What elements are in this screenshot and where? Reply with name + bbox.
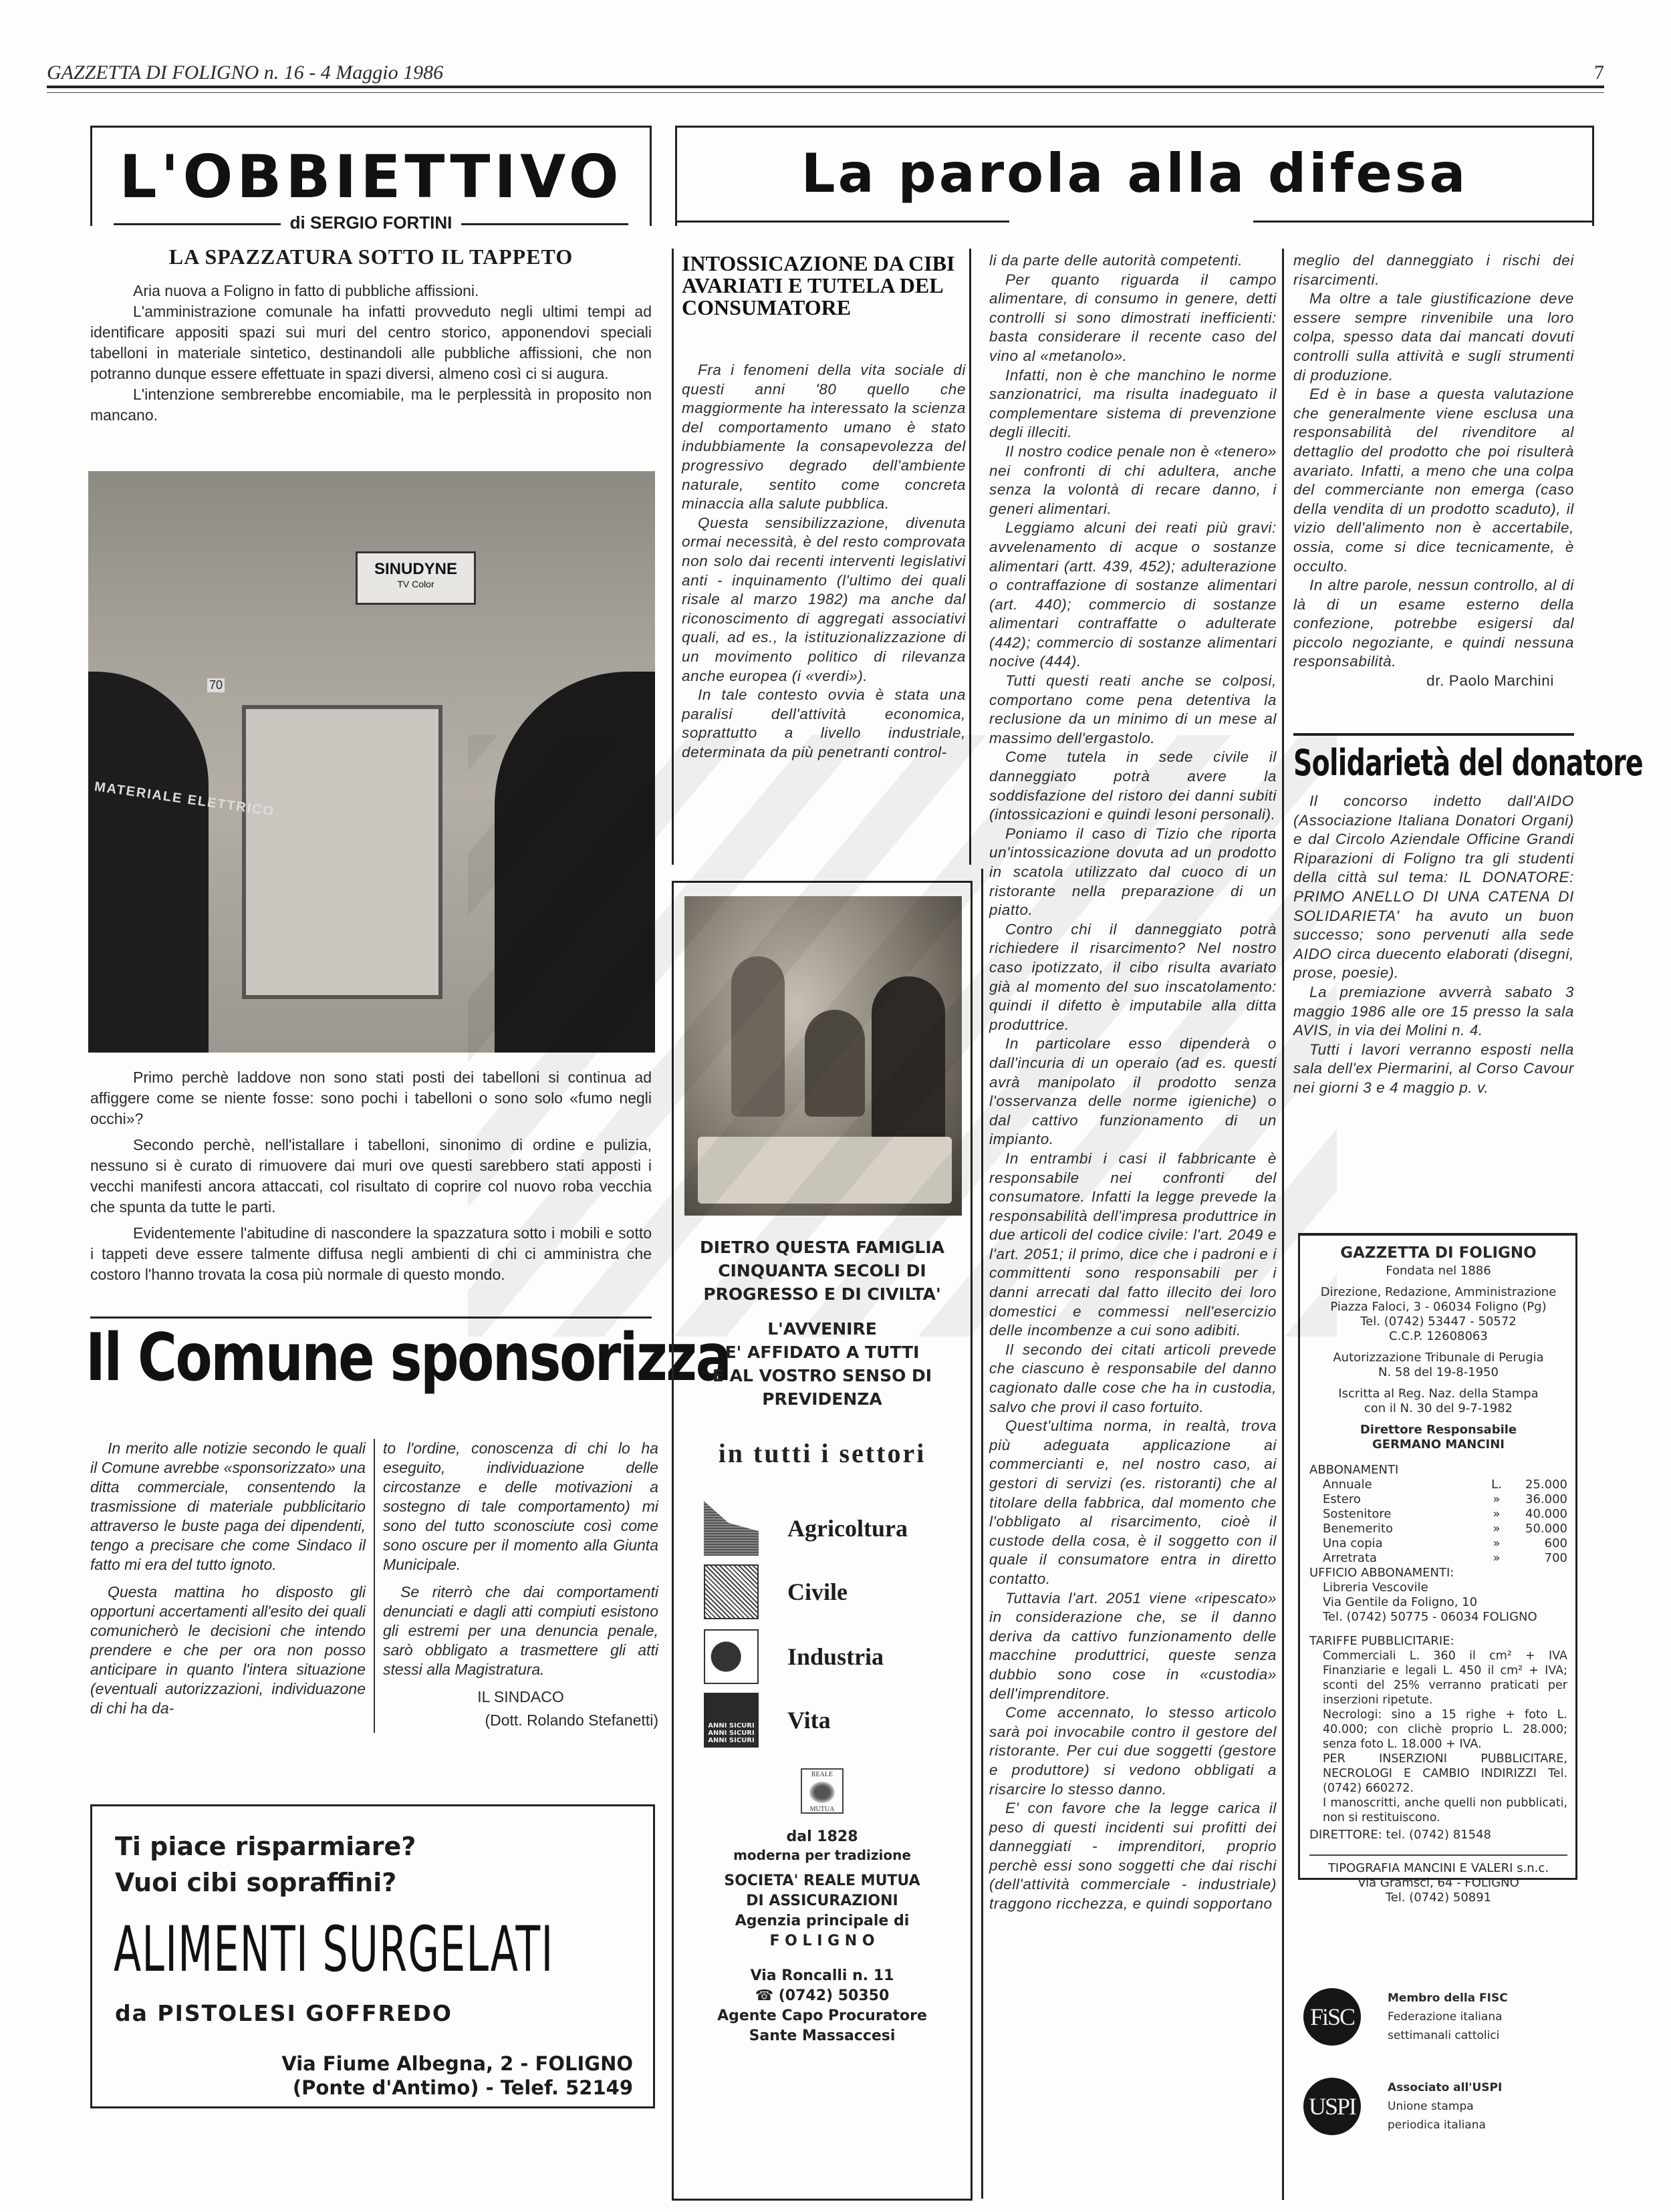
paragraph: La premiazione avverrà sabato 3 maggio 1…	[1293, 983, 1574, 1041]
column-title: L'OBBIETTIVO	[92, 142, 650, 211]
solidarieta-body: Il concorso indetto dall'AIDO (Associazi…	[1293, 792, 1574, 1098]
author: dr. Paolo Marchini	[1293, 672, 1574, 691]
association-desc: periodica italiana	[1388, 2116, 1502, 2134]
box-border-right	[969, 249, 971, 865]
ad-question-2: Vuoi cibi sopraffini?	[115, 1868, 396, 1897]
association-desc: Unione stampa	[1388, 2097, 1502, 2116]
gear-icon	[704, 1629, 759, 1684]
subscription-row: Una copia»600	[1309, 1536, 1567, 1551]
authorization: Autorizzazione Tribunale di Perugia	[1309, 1351, 1567, 1365]
paragraph: In altre parole, nessun controllo, al di…	[1293, 576, 1574, 672]
figure	[731, 956, 785, 1117]
signature-name: (Dott. Rolando Stefanetti)	[383, 1711, 658, 1730]
comune-col-right: to l'ordine, conoscenza di chi lo ha ese…	[383, 1439, 658, 1733]
family-painting	[684, 896, 962, 1216]
comune-article: In merito alle notizie secondo le quali …	[90, 1439, 658, 1733]
paragraph: Come tutela in sede civile il danneggiat…	[989, 748, 1277, 824]
column-divider	[374, 1439, 375, 1733]
fisc-logo-icon: FiSC	[1303, 1988, 1361, 2046]
section-title: La parola alla difesa	[677, 142, 1592, 204]
arch-left	[88, 672, 209, 1053]
telephone: Tel. (0742) 53447 - 50572	[1309, 1315, 1567, 1329]
section-rule	[1293, 733, 1574, 736]
slogan-line: E' AFFIDATO A TUTTI	[674, 1341, 971, 1364]
rates-text: I manoscritti, anche quelli non pubblica…	[1309, 1796, 1567, 1825]
rates-text: PER INSERZIONI PUBBLICITARE, NECROLOGI E…	[1309, 1752, 1567, 1796]
paragraph: li da parte delle autorità competenti.	[989, 251, 1277, 271]
subscriptions-title: ABBONAMENTI	[1309, 1463, 1567, 1478]
paragraph: Primo perchè laddove non sono stati post…	[90, 1067, 652, 1129]
paragraph: Ma oltre a tale giustificazione deve ess…	[1293, 289, 1574, 385]
agency-phone: ☎ (0742) 50350	[674, 1985, 971, 2006]
ad-address-2: (Ponte d'Antimo) - Telef. 52149	[293, 2076, 633, 2099]
header-rule	[47, 92, 1604, 93]
difesa-col-3: meglio del danneggiato i rischi dei risa…	[1293, 251, 1574, 691]
telephone-icon: ☎	[755, 1987, 779, 2004]
office-line: Libreria Vescovile	[1309, 1580, 1567, 1595]
ccp: C.C.P. 12608063	[1309, 1329, 1567, 1344]
byline-rule	[114, 223, 281, 225]
paragraph: Secondo perchè, nell'istallare i tabello…	[90, 1135, 652, 1218]
sign-brand: SINUDYNE	[374, 560, 457, 578]
agent-name: Sante Massaccesi	[674, 2026, 971, 2046]
company-line: DI ASSICURAZIONI	[674, 1891, 971, 1911]
rates-text: Necrologi: sino a 15 righe + foto L. 40.…	[1309, 1707, 1567, 1752]
ad-main-title: ALIMENTI SURGELATI	[114, 1913, 554, 1986]
association-uspi: USPI Associato all'USPIUnione stampaperi…	[1303, 2078, 1584, 2135]
paragraph: Il nostro codice penale non è «tenero» n…	[989, 442, 1277, 519]
sectors-title: in tutti i settori	[674, 1437, 971, 1469]
paragraph: Questa sensibilizzazione, divenuta ormai…	[682, 514, 966, 686]
address: Piazza Faloci, 3 - 06034 Foligno (Pg)	[1309, 1300, 1567, 1315]
printer: TIPOGRAFIA MANCINI E VALERI s.n.c.	[1309, 1861, 1567, 1876]
sector-label: Vita	[787, 1706, 831, 1734]
paragraph: Tutti questi reati anche se colposi, com…	[989, 672, 1277, 748]
column-title-box: L'OBBIETTIVO	[90, 126, 652, 226]
section-title-box: La parola alla difesa	[675, 126, 1594, 226]
paragraph: In tale contesto ovvia è stata una paral…	[682, 686, 966, 762]
registration-number: con il N. 30 del 9-7-1982	[1309, 1401, 1567, 1416]
paragraph: In particolare esso dipenderà o dall'inc…	[989, 1034, 1277, 1149]
registration: Iscritta al Reg. Naz. della Stampa	[1309, 1387, 1567, 1401]
page-number: 7	[1594, 61, 1604, 84]
rates-title: TARIFFE PUBBLICITARIE:	[1309, 1634, 1567, 1649]
comune-col-left: In merito alle notizie secondo le quali …	[90, 1439, 366, 1733]
paragraph: Il secondo dei citati articoli prevede c…	[989, 1341, 1277, 1417]
running-title: GAZZETTA DI FOLIGNO n. 16 - 4 Maggio 198…	[47, 61, 443, 84]
reale-mutua-logo: REALE MUTUA	[801, 1768, 844, 1814]
subscription-row: AnnualeL.25.000	[1309, 1478, 1567, 1492]
slogan-line: CINQUANTA SECOLI DI	[674, 1259, 971, 1282]
paragraph: E' con favore che la legge carica il pes…	[989, 1799, 1277, 1914]
slogan-line: E AL VOSTRO SENSO DI	[674, 1364, 971, 1387]
paragraph: Evidentemente l'abitudine di nascondere …	[90, 1223, 652, 1285]
slogan-line: DIETRO QUESTA FAMIGLIA	[674, 1236, 971, 1259]
printer-tel: Tel. (0742) 50891	[1309, 1891, 1567, 1905]
tv-sign: SINUDYNETV Color	[356, 551, 476, 605]
uspi-logo-icon: USPI	[1303, 2078, 1361, 2135]
article-body-top: Aria nuova a Foligno in fatto di pubblic…	[90, 281, 652, 426]
difesa-headline: INTOSSICAZIONE DA CIBI AVARIATI E TUTELA…	[682, 253, 962, 319]
paragraph: Per quanto riguarda il campo alimentare,…	[989, 271, 1277, 366]
ad-alimenti-surgelati: Ti piace risparmiare? Vuoi cibi sopraffi…	[90, 1804, 655, 2108]
rates-text: Commerciali L. 360 il cm² + IVA Finanzia…	[1309, 1649, 1567, 1707]
box-border-left	[672, 249, 674, 865]
office-line: Tel. (0742) 50775 - 06034 FOLIGNO	[1309, 1610, 1567, 1625]
association-fisc: FiSC Membro della FISCFederazione italia…	[1303, 1988, 1584, 2046]
column-divider	[1282, 249, 1284, 2200]
masthead-title: GAZZETTA DI FOLIGNO	[1309, 1242, 1567, 1264]
paragraph: Come accennato, lo stesso articolo sarà …	[989, 1703, 1277, 1799]
ad-vendor: da PISTOLESI GOFFREDO	[115, 2000, 453, 2026]
column-divider	[981, 869, 983, 2199]
paragraph: Ed è in base a questa valutazione che ge…	[1293, 385, 1574, 576]
slogan-line: L'AVVENIRE	[674, 1317, 971, 1341]
ad-question-1: Ti piace risparmiare?	[115, 1832, 416, 1861]
association-title: Associato all'USPI	[1388, 2078, 1502, 2097]
paragraph: Infatti, non è che manchino le norme san…	[989, 366, 1277, 442]
divider	[1309, 1854, 1567, 1856]
slogan-line: PREVIDENZA	[674, 1387, 971, 1411]
paragraph: meglio del danneggiato i rischi dei risa…	[1293, 251, 1574, 289]
paragraph: Tutti i lavori verranno esposti nella sa…	[1293, 1041, 1574, 1098]
anni-sicuri-icon: ANNI SICURI ANNI SICURI ANNI SICURI	[704, 1693, 759, 1748]
paragraph: Aria nuova a Foligno in fatto di pubblic…	[90, 281, 652, 301]
office-line: Via Gentile da Foligno, 10	[1309, 1595, 1567, 1610]
family-house-icon	[704, 1564, 759, 1619]
paragraph: In merito alle notizie secondo le quali …	[90, 1439, 366, 1574]
masthead-box: GAZZETTA DI FOLIGNO Fondata nel 1886 Dir…	[1298, 1233, 1577, 1880]
paragraph: Contro chi il danneggiato potrà richiede…	[989, 920, 1277, 1035]
offices: Direzione, Redazione, Amministrazione	[1309, 1285, 1567, 1300]
subscription-row: Benemerito»50.000	[1309, 1522, 1567, 1536]
paragraph: Poniamo il caso di Tizio che riporta un'…	[989, 825, 1277, 920]
sector-label: Civile	[787, 1578, 848, 1606]
running-header: GAZZETTA DI FOLIGNO n. 16 - 4 Maggio 198…	[47, 61, 1604, 88]
paragraph: Il concorso indetto dall'AIDO (Associazi…	[1293, 792, 1574, 983]
association-desc: settimanali cattolici	[1388, 2026, 1508, 2045]
sector-label: Industria	[787, 1643, 884, 1671]
ad-address-1: Via Fiume Albegna, 2 - FOLIGNO	[281, 2052, 633, 2075]
agent-title: Agente Capo Procuratore	[674, 2006, 971, 2026]
founded: Fondata nel 1886	[1309, 1264, 1567, 1278]
paragraph: Leggiamo alcuni dei reati più gravi: avv…	[989, 519, 1277, 672]
authorization-number: N. 58 del 19-8-1950	[1309, 1365, 1567, 1380]
figure	[805, 1010, 865, 1117]
paragraph: In entrambi i casi il fabbricante è resp…	[989, 1149, 1277, 1341]
subscription-row: Sostenitore»40.000	[1309, 1507, 1567, 1522]
sign-sub: TV Color	[358, 579, 474, 589]
ad-reale-mutua: DIETRO QUESTA FAMIGLIA CINQUANTA SECOLI …	[672, 881, 973, 2201]
sector-label: Agricoltura	[787, 1514, 908, 1542]
association-title: Membro della FISC	[1388, 1989, 1508, 2008]
paragraph: to l'ordine, conoscenza di chi lo ha ese…	[383, 1439, 658, 1574]
director-label: Direttore Responsabile	[1309, 1423, 1567, 1437]
director-tel: DIRETTORE: tel. (0742) 81548	[1309, 1828, 1567, 1842]
tagline: moderna per tradizione	[674, 1845, 971, 1866]
since: dal 1828	[674, 1826, 971, 1847]
associations: FiSC Membro della FISCFederazione italia…	[1303, 1988, 1584, 2167]
paragraph: Fra i fenomeni della vita sociale di que…	[682, 361, 966, 514]
billboard-panel	[242, 705, 442, 999]
paragraph: Questa mattina ho disposto gli opportuni…	[90, 1582, 366, 1718]
company-line: SOCIETA' REALE MUTUA	[674, 1871, 971, 1891]
association-desc: Federazione italiana	[1388, 2008, 1508, 2026]
signature-title: IL SINDACO	[383, 1687, 658, 1707]
house-number: 70	[207, 678, 225, 692]
wheat-icon	[704, 1501, 759, 1556]
logo-top-text: REALE	[802, 1771, 842, 1779]
paragraph: L'amministrazione comunale ha infatti pr…	[90, 301, 652, 384]
comune-headline: Il Comune sponsorizza	[86, 1320, 557, 1396]
title-rule-right	[1253, 221, 1594, 223]
agency: Agenzia principale di	[674, 1911, 971, 1931]
phone-number: (0742) 50350	[779, 1987, 890, 2004]
subscription-row: Arretrata»700	[1309, 1551, 1567, 1566]
title-rule-left	[675, 221, 1009, 223]
slogan-line: PROGRESSO E DI CIVILTA'	[674, 1282, 971, 1306]
paragraph: Quest'ultima norma, in realtà, trova più…	[989, 1417, 1277, 1588]
paragraph: L'intenzione sembrerebbe encomiabile, ma…	[90, 384, 652, 426]
office-title: UFFICIO ABBONAMENTI:	[1309, 1566, 1567, 1580]
paragraph: Se riterrò che dai comportamenti denunci…	[383, 1582, 658, 1679]
difesa-col-2: li da parte delle autorità competenti. P…	[989, 251, 1277, 1914]
section-rule	[90, 1317, 652, 1319]
logo-bottom-text: MUTUA	[802, 1806, 842, 1814]
difesa-col-1: Fra i fenomeni della vita sociale di que…	[682, 361, 966, 762]
agency-address: Via Roncalli n. 11	[674, 1965, 971, 1986]
byline: di SERGIO FORTINI	[90, 213, 652, 233]
printer-address: Via Gramsci, 64 - FOLIGNO	[1309, 1876, 1567, 1891]
paragraph: Tuttavia l'art. 2051 viene «ripescato» i…	[989, 1589, 1277, 1704]
solidarieta-headline: Solidarietà del donatore	[1293, 742, 1503, 784]
subscription-row: Estero»36.000	[1309, 1492, 1567, 1507]
byline-rule	[461, 223, 628, 225]
crest-icon	[809, 1781, 835, 1804]
agency-city: F O L I G N O	[674, 1931, 971, 1951]
table	[698, 1137, 952, 1204]
article-headline: LA SPAZZATURA SOTTO IL TAPPETO	[90, 245, 652, 269]
arch-right	[495, 672, 655, 1053]
street-photo: SINUDYNETV Color 70 MATERIALE ELETTRICO	[88, 471, 655, 1053]
article-body-bottom: Primo perchè laddove non sono stati post…	[90, 1067, 652, 1285]
director-name: GERMANO MANCINI	[1309, 1437, 1567, 1452]
byline-text: di SERGIO FORTINI	[290, 213, 453, 233]
